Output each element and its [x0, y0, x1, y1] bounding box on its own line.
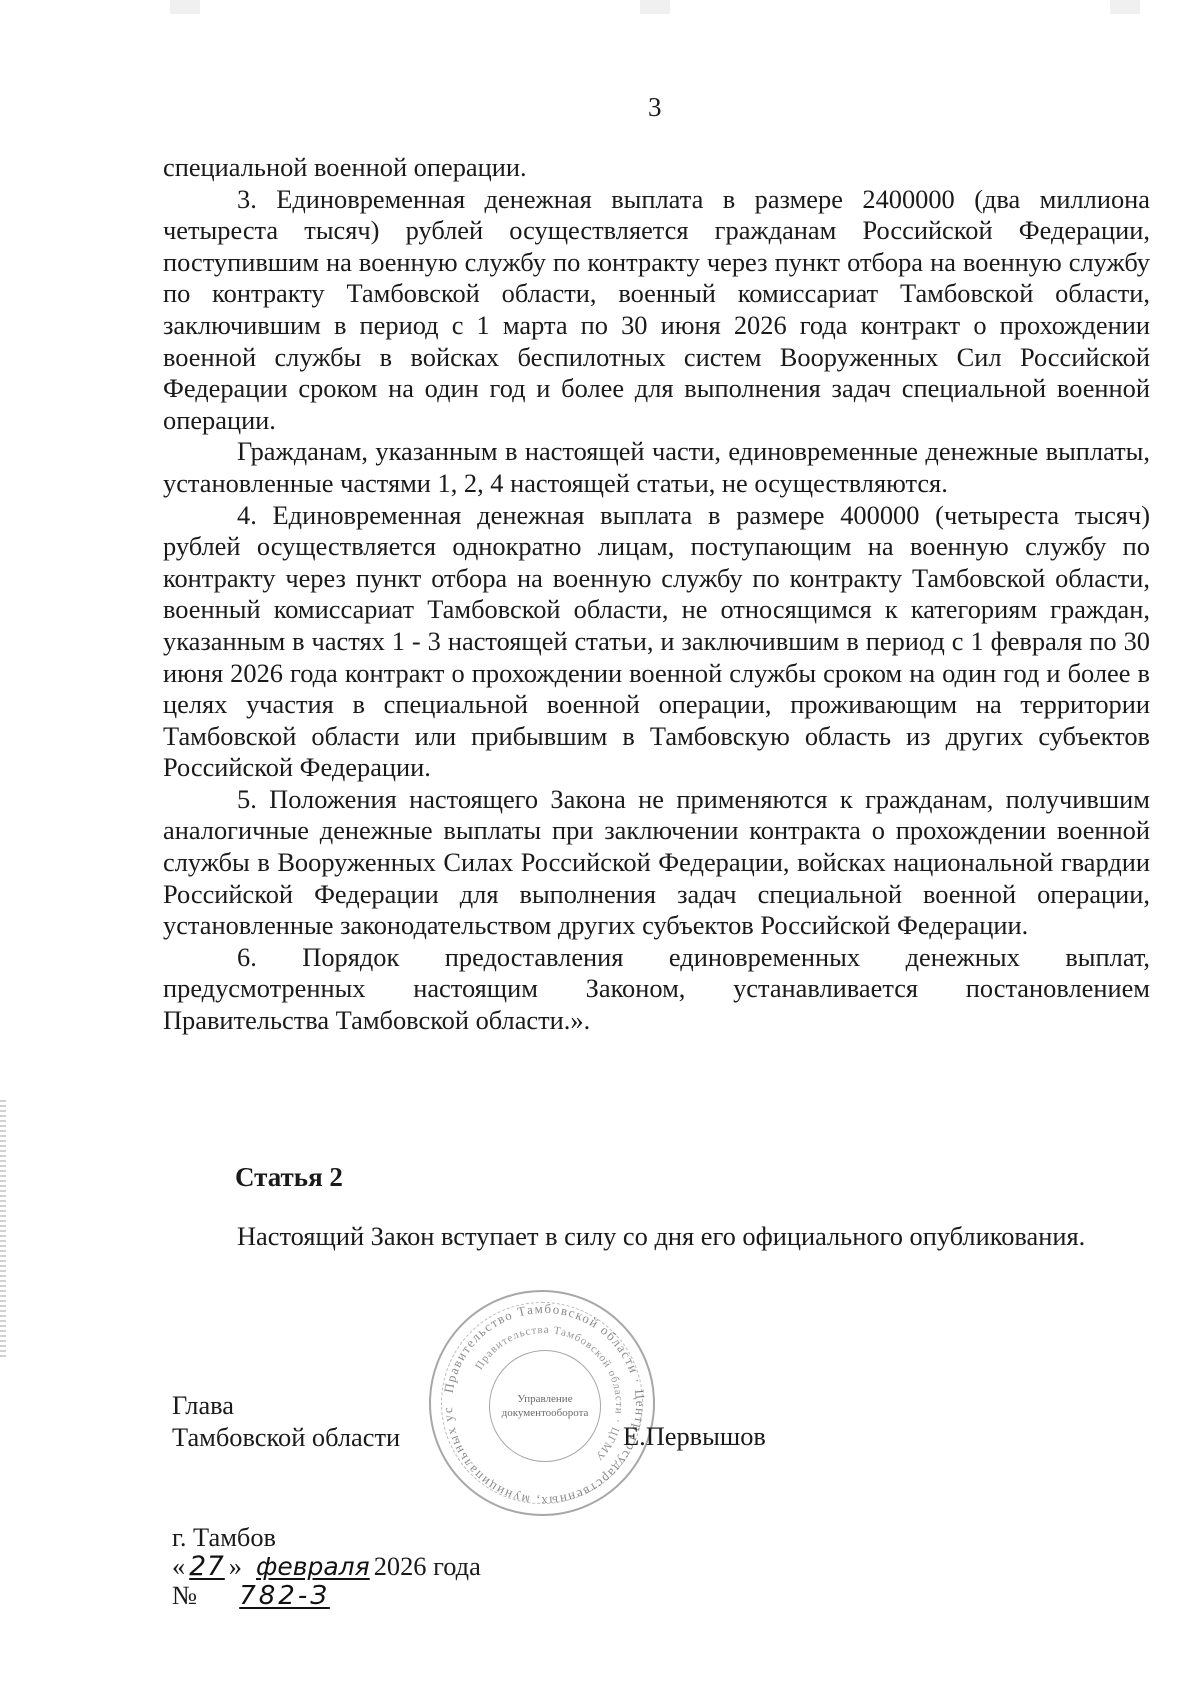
paragraph-part-4: 4. Единовременная денежная выплата в раз…: [163, 500, 1150, 784]
signatory-title: Глава Тамбовской области: [172, 1390, 400, 1453]
handwritten-day: 27: [189, 1553, 225, 1581]
scan-artifact-top: [0, 0, 1200, 14]
seal-center-line2: документооборота: [502, 1406, 589, 1420]
article-1-continuation: специальной военной операции. 3. Единовр…: [163, 152, 1150, 1037]
date-year: 2026 года: [374, 1551, 481, 1581]
signatory-title-line2: Тамбовской области: [172, 1422, 400, 1454]
handwritten-month: февраля: [256, 1553, 370, 1581]
paragraph-part-3: 3. Единовременная денежная выплата в раз…: [163, 184, 1150, 437]
signatory-title-line1: Глава: [172, 1390, 400, 1422]
paragraph-part-3-note: Гражданам, указанным в настоящей части, …: [163, 436, 1150, 499]
paragraph-continuation: специальной военной операции.: [163, 152, 1150, 184]
article-2-paragraph: Настоящий Закон вступает в силу со дня е…: [163, 1221, 1150, 1253]
article-2-body: Настоящий Закон вступает в силу со дня е…: [163, 1221, 1150, 1253]
signatory-name: Е.Первышов: [623, 1421, 766, 1453]
number-label: №: [172, 1580, 197, 1610]
paragraph-part-5: 5. Положения настоящего Закона не примен…: [163, 784, 1150, 942]
page-number: 3: [648, 92, 662, 123]
law-number: №782-З: [172, 1581, 334, 1610]
seal-center: Управление документооборота: [489, 1350, 601, 1462]
date-open-quote: «: [172, 1551, 185, 1581]
handwritten-number: 782-З: [217, 1582, 334, 1610]
signing-date: «27»февраля2026 года: [172, 1552, 481, 1581]
seal-center-line1: Управление: [517, 1392, 572, 1406]
article-2-heading: Статья 2: [235, 1162, 343, 1193]
official-seal-stamp: Правительство Тамбовской области · Центр…: [429, 1290, 655, 1516]
scan-artifact-left: [0, 1100, 6, 1360]
paragraph-part-6: 6. Порядок предоставления единовременных…: [163, 942, 1150, 1037]
place-of-signing: г. Тамбов: [172, 1523, 276, 1551]
date-close-quote: »: [229, 1551, 242, 1581]
